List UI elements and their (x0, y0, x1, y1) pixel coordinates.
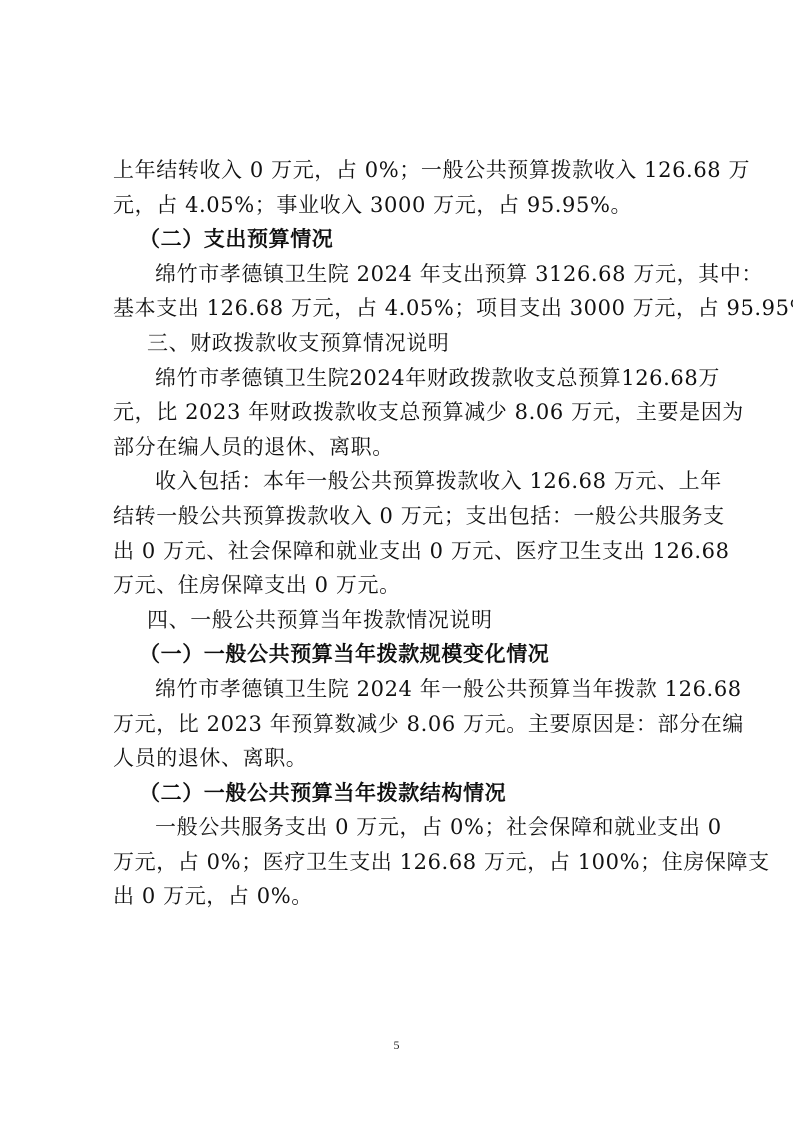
subheading-scale-change: （一）一般公共预算当年拨款规模变化情况 (113, 637, 703, 672)
text-line: 万元，占 0%；医疗卫生支出 126.68 万元，占 100%；住房保障支 (113, 845, 703, 880)
subheading-structure: （二）一般公共预算当年拨款结构情况 (113, 776, 703, 811)
text-line: 出 0 万元，占 0%。 (113, 879, 703, 914)
heading-general-public-budget: 四、一般公共预算当年拨款情况说明 (113, 603, 703, 638)
text-line: 元，占 4.05%；事业收入 3000 万元，占 95.95%。 (113, 188, 703, 223)
text-line: 出 0 万元、社会保障和就业支出 0 万元、医疗卫生支出 126.68 (113, 534, 703, 569)
text-line: 结转一般公共预算拨款收入 0 万元；支出包括：一般公共服务支 (113, 499, 703, 534)
page-number: 5 (0, 1038, 793, 1053)
text-line: 收入包括：本年一般公共预算拨款收入 126.68 万元、上年 (113, 464, 703, 499)
text-line: 万元，比 2023 年预算数减少 8.06 万元。主要原因是：部分在编 (113, 707, 703, 742)
paragraph-income-summary: 上年结转收入 0 万元，占 0%；一般公共预算拨款收入 126.68 万 元，占… (113, 153, 703, 222)
text-line: 万元、住房保障支出 0 万元。 (113, 568, 703, 603)
text-line: 元，比 2023 年财政拨款收支总预算减少 8.06 万元，主要是因为 (113, 395, 703, 430)
paragraph-scale-change: 绵竹市孝德镇卫生院 2024 年一般公共预算当年拨款 126.68 万元，比 2… (113, 672, 703, 776)
text-line: 基本支出 126.68 万元，占 4.05%；项目支出 3000 万元，占 95… (113, 291, 703, 326)
text-line: 部分在编人员的退休、离职。 (113, 430, 703, 465)
text-line: 上年结转收入 0 万元，占 0%；一般公共预算拨款收入 126.68 万 (113, 153, 703, 188)
text-line: 绵竹市孝德镇卫生院 2024 年支出预算 3126.68 万元，其中： (113, 257, 703, 292)
paragraph-income-expenditure-breakdown: 收入包括：本年一般公共预算拨款收入 126.68 万元、上年 结转一般公共预算拨… (113, 464, 703, 602)
text-line: 一般公共服务支出 0 万元，占 0%；社会保障和就业支出 0 (113, 810, 703, 845)
subheading-expenditure-budget: （二）支出预算情况 (113, 222, 703, 257)
text-line: 绵竹市孝德镇卫生院 2024 年一般公共预算当年拨款 126.68 (113, 672, 703, 707)
paragraph-fiscal-total: 绵竹市孝德镇卫生院2024年财政拨款收支总预算126.68万 元，比 2023 … (113, 361, 703, 465)
paragraph-structure: 一般公共服务支出 0 万元，占 0%；社会保障和就业支出 0 万元，占 0%；医… (113, 810, 703, 914)
heading-fiscal-appropriation: 三、财政拨款收支预算情况说明 (113, 326, 703, 361)
text-line: 绵竹市孝德镇卫生院2024年财政拨款收支总预算126.68万 (113, 361, 703, 396)
document-page: 上年结转收入 0 万元，占 0%；一般公共预算拨款收入 126.68 万 元，占… (0, 0, 793, 1122)
document-body: 上年结转收入 0 万元，占 0%；一般公共预算拨款收入 126.68 万 元，占… (113, 153, 703, 914)
text-line: 人员的退休、离职。 (113, 741, 703, 776)
paragraph-expenditure-budget: 绵竹市孝德镇卫生院 2024 年支出预算 3126.68 万元，其中： 基本支出… (113, 257, 703, 326)
